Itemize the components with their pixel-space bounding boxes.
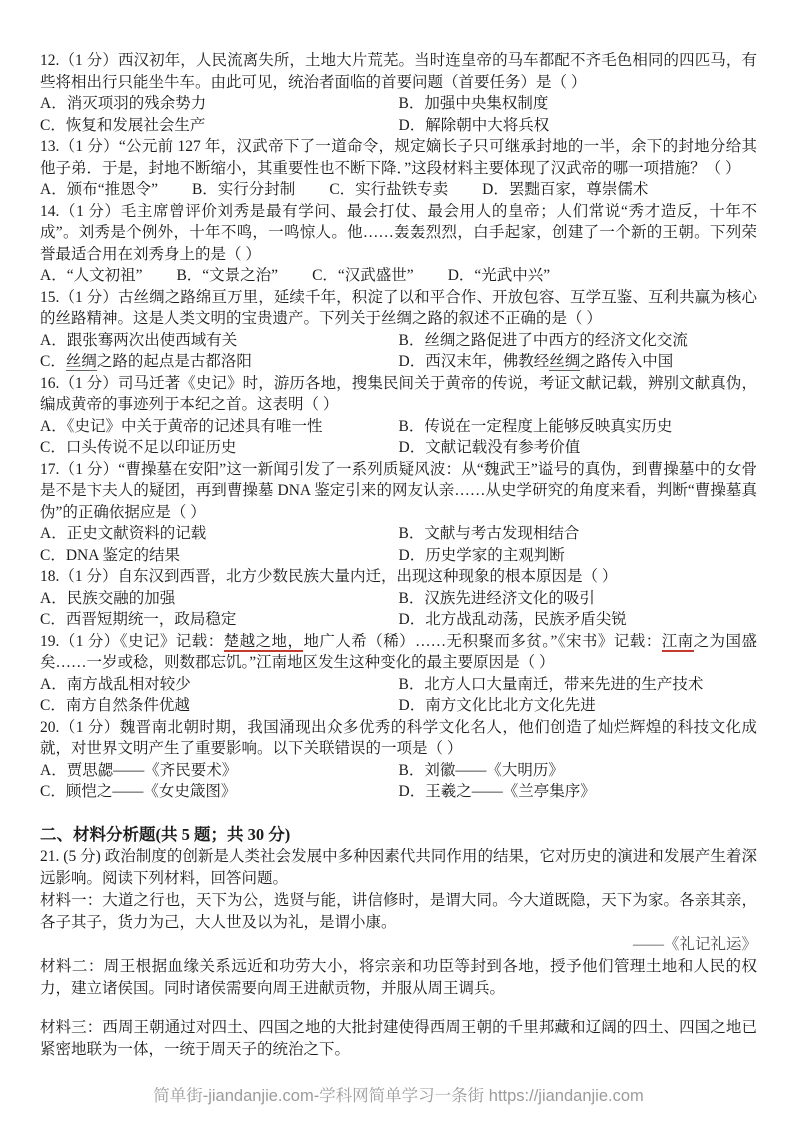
- option-row: A．民族交融的加强B．汉族先进经济文化的吸引: [40, 588, 757, 610]
- option-row: A．贾思勰——《齐民要术》B．刘徽——《大明历》: [40, 760, 757, 782]
- question-20: 20.（1 分）魏晋南北朝时期，我国涌现出众多优秀的科学文化名人，他们创造了灿烂…: [40, 717, 757, 803]
- option: C．西晋短期统一，政局稳定: [40, 609, 399, 631]
- material-paragraph: 材料三：西周王朝通过对四土、四国之地的大批封建使得西周王朝的千里邦藏和辽阔的四土…: [40, 1017, 757, 1061]
- option: A．贾思勰——《齐民要术》: [40, 760, 399, 782]
- question-stem: 18.（1 分）自东汉到西晋，北方少数民族大量内迁，出现这种现象的根本原因是（ …: [40, 566, 757, 588]
- underlined-text: 楚越之地，: [224, 633, 304, 652]
- question-21-stem: 21. (5 分) 政治制度的创新是人类社会发展中多种因素代共同作用的结果，它对…: [40, 846, 757, 890]
- option: A．消灭项羽的残余势力: [40, 93, 399, 115]
- text-segment: 之路的起点是古都洛阳: [97, 353, 252, 370]
- question-stem: 17.（1 分）“曹操墓在安阳”这一新闻引发了一系列质疑风波：从“魏武王”谥号的…: [40, 459, 757, 524]
- question-21-materials: 材料一：大道之行也，天下为公，选贤与能，讲信修时，是谓大同。今大道既隐，天下为家…: [40, 890, 757, 1061]
- question-stem: 19.（1 分）《史记》记载：楚越之地，地广人希（稀）……无积聚而多贫。”《宋书…: [40, 631, 757, 674]
- question-19: 19.（1 分）《史记》记载：楚越之地，地广人希（稀）……无积聚而多贫。”《宋书…: [40, 631, 757, 717]
- option: D．南方文化比北方文化先进: [399, 695, 596, 717]
- option-row: A．“人文初祖”B．“文景之治”C．“汉武盛世”D．“光武中兴”: [40, 265, 757, 287]
- option: C．丝绸之路的起点是古都洛阳: [40, 351, 399, 373]
- question-17: 17.（1 分）“曹操墓在安阳”这一新闻引发了一系列质疑风波：从“魏武王”谥号的…: [40, 459, 757, 567]
- option-row: A．《史记》中关于黄帝的记述具有唯一性B．传说在一定程度上能够反映真实历史: [40, 416, 757, 438]
- question-stem: 16.（1 分）司马迁著《史记》时，游历各地，搜集民间关于黄帝的传说，考证文献记…: [40, 373, 757, 416]
- option: B．刘徽——《大明历》: [399, 760, 564, 782]
- option: B．北方人口大量南迁，带来先进的生产技术: [399, 674, 704, 696]
- question-stem: 13.（1 分）“公元前 127 年，汉武帝下了一道命令，规定嫡长子只可继承封地…: [40, 136, 757, 179]
- underlined-text: 丝绸: [549, 353, 580, 371]
- text-segment: D．西汉末年，佛教经: [399, 353, 550, 370]
- option-row: C．口头传说不足以印证历史D．文献记载没有参考价值: [40, 437, 757, 459]
- option: D．解除朝中大将兵权: [399, 115, 550, 137]
- option: D．历史学家的主观判断: [399, 545, 565, 567]
- material-paragraph: 材料一：大道之行也，天下为公，选贤与能，讲信修时，是谓大同。今大道既隐，天下为家…: [40, 890, 757, 934]
- material-source: ——《礼记礼运》: [40, 934, 757, 956]
- option-row: A．颁布“推恩令”B．实行分封制C．实行盐铁专卖D．罢黜百家，尊崇儒术: [40, 179, 757, 201]
- option: D．西汉末年，佛教经丝绸之路传入中国: [399, 351, 674, 373]
- option: B．传说在一定程度上能够反映真实历史: [399, 416, 673, 438]
- text-segment: 之路传入中国: [580, 353, 673, 370]
- multiple-choice-section: 12.（1 分）西汉初年，人民流离失所，土地大片荒芜。当时连皇帝的马车都配不齐毛…: [40, 50, 757, 803]
- option: C．口头传说不足以印证历史: [40, 437, 399, 459]
- option: D．文献记载没有参考价值: [399, 437, 581, 459]
- option: C．“汉武盛世”: [312, 265, 414, 287]
- option: C．DNA 鉴定的结果: [40, 545, 399, 567]
- option-row: A．正史文献资料的记载B．文献与考古发现相结合: [40, 523, 757, 545]
- question-stem: 15.（1 分）古丝绸之路绵亘万里，延续千年，积淀了以和平合作、开放包容、互学互…: [40, 287, 757, 330]
- option: D．“光武中兴”: [448, 265, 550, 287]
- exam-page: 12.（1 分）西汉初年，人民流离失所，土地大片荒芜。当时连皇帝的马车都配不齐毛…: [0, 0, 793, 1122]
- question-12: 12.（1 分）西汉初年，人民流离失所，土地大片荒芜。当时连皇帝的马车都配不齐毛…: [40, 50, 757, 136]
- option: D．北方战乱动荡，民族矛盾尖锐: [399, 609, 627, 631]
- option: B．“文景之治”: [176, 265, 278, 287]
- option: B．文献与考古发现相结合: [399, 523, 580, 545]
- option: C．实行盐铁专卖: [329, 179, 448, 201]
- question-stem: 12.（1 分）西汉初年，人民流离失所，土地大片荒芜。当时连皇帝的马车都配不齐毛…: [40, 50, 757, 93]
- option-row: C．恢复和发展社会生产D．解除朝中大将兵权: [40, 115, 757, 137]
- option-row: C．DNA 鉴定的结果D．历史学家的主观判断: [40, 545, 757, 567]
- option-row: C．南方自然条件优越D．南方文化比北方文化先进: [40, 695, 757, 717]
- question-stem: 14.（1 分）毛主席曾评价刘秀是最有学问、最会打仗、最会用人的皇帝；人们常说“…: [40, 201, 757, 266]
- option-row: A．消灭项羽的残余势力B．加强中央集权制度: [40, 93, 757, 115]
- option: B．汉族先进经济文化的吸引: [399, 588, 595, 610]
- question-14: 14.（1 分）毛主席曾评价刘秀是最有学问、最会打仗、最会用人的皇帝；人们常说“…: [40, 201, 757, 287]
- option-row: C．西晋短期统一，政局稳定D．北方战乱动荡，民族矛盾尖锐: [40, 609, 757, 631]
- option: A．南方战乱相对较少: [40, 674, 399, 696]
- option: A．跟张骞两次出使西域有关: [40, 330, 399, 352]
- option: A．“人文初祖”: [40, 265, 142, 287]
- question-13: 13.（1 分）“公元前 127 年，汉武帝下了一道命令，规定嫡长子只可继承封地…: [40, 136, 757, 201]
- option: B．丝绸之路促进了中西方的经济文化交流: [399, 330, 688, 352]
- option-row: C．顾恺之——《女史箴图》D．王羲之——《兰亭集序》: [40, 781, 757, 803]
- material-paragraph: 材料二：周王根据血缘关系远近和功劳大小，将宗亲和功臣等封到各地，授予他们管理土地…: [40, 956, 757, 1000]
- option: C．南方自然条件优越: [40, 695, 399, 717]
- option: B．加强中央集权制度: [399, 93, 549, 115]
- option: D．罢黜百家，尊崇儒术: [482, 179, 648, 201]
- question-18: 18.（1 分）自东汉到西晋，北方少数民族大量内迁，出现这种现象的根本原因是（ …: [40, 566, 757, 631]
- underlined-text: 丝绸: [66, 353, 97, 371]
- option: A．民族交融的加强: [40, 588, 399, 610]
- text-segment: 19.（1 分）《史记》记载：: [40, 633, 224, 650]
- question-15: 15.（1 分）古丝绸之路绵亘万里，延续千年，积淀了以和平合作、开放包容、互学互…: [40, 287, 757, 373]
- option: A．正史文献资料的记载: [40, 523, 399, 545]
- question-stem: 20.（1 分）魏晋南北朝时期，我国涌现出众多优秀的科学文化名人，他们创造了灿烂…: [40, 717, 757, 760]
- option-row: A．跟张骞两次出使西域有关B．丝绸之路促进了中西方的经济文化交流: [40, 330, 757, 352]
- text-segment: C．: [40, 353, 66, 370]
- question-16: 16.（1 分）司马迁著《史记》时，游历各地，搜集民间关于黄帝的传说，考证文献记…: [40, 373, 757, 459]
- option-row: C．丝绸之路的起点是古都洛阳D．西汉末年，佛教经丝绸之路传入中国: [40, 351, 757, 373]
- option: B．实行分封制: [192, 179, 295, 201]
- section2-heading: 二、材料分析题(共 5 题；共 30 分): [40, 824, 757, 846]
- option: C．顾恺之——《女史箴图》: [40, 781, 399, 803]
- text-segment: 地广人希（稀）……无积聚而多贫。”《宋书》记载：: [303, 633, 661, 650]
- question-21: 21. (5 分) 政治制度的创新是人类社会发展中多种因素代共同作用的结果，它对…: [40, 846, 757, 1061]
- option: C．恢复和发展社会生产: [40, 115, 399, 137]
- underlined-text: 江南: [662, 633, 694, 652]
- option: D．王羲之——《兰亭集序》: [399, 781, 596, 803]
- option: A．颁布“推恩令”: [40, 179, 158, 201]
- option-row: A．南方战乱相对较少B．北方人口大量南迁，带来先进的生产技术: [40, 674, 757, 696]
- option: A．《史记》中关于黄帝的记述具有唯一性: [40, 416, 399, 438]
- footer-watermark: 简单街-jiandanjie.com-学科网简单学习一条街 https://ji…: [40, 1085, 757, 1107]
